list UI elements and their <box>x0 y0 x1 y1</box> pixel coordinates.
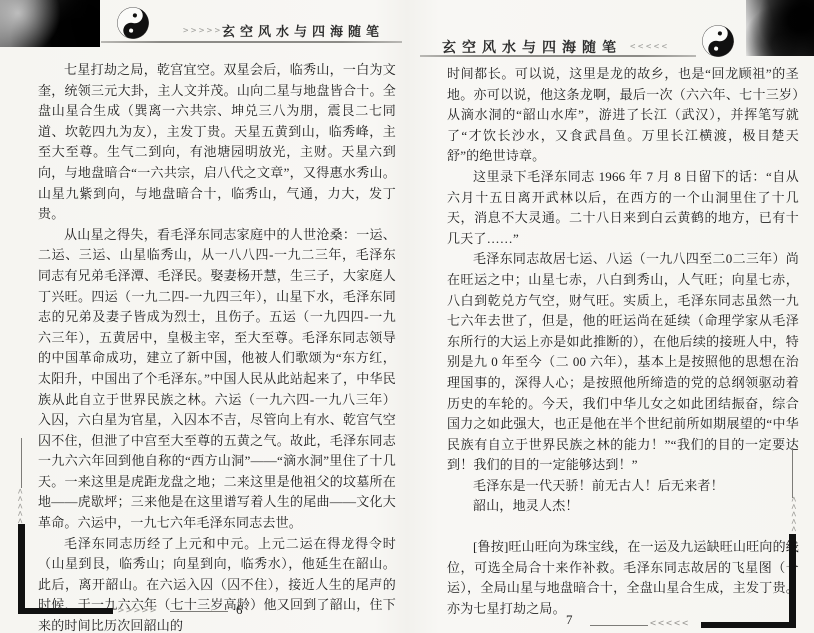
edge-line-left <box>21 438 22 488</box>
corner-photo-left <box>0 0 100 47</box>
paragraph: 这里录下毛泽东同志 1966 年 7 月 8 日留下的话：“自从六月十五日离开武… <box>447 167 799 249</box>
yin-yang-icon <box>112 2 153 43</box>
edge-arrows-right: <<<<< <box>788 496 798 533</box>
page-number-right: 7 <box>566 612 573 628</box>
paragraph: [鲁按]旺山旺向为珠宝线，在一运及九运缺旺山旺向的线位，可选全局合十来作补救。毛… <box>447 537 799 619</box>
corner-bracket-left-horizontal <box>18 608 113 614</box>
header-rule-right <box>420 55 696 57</box>
footer-arrows-right: <<<<< <box>650 618 690 629</box>
paragraph: 从山星之得失，看毛泽东同志家庭中的人世沧桑：一运、二运、三运、山星临秀山，从一八… <box>38 225 396 534</box>
corner-bracket-right-horizontal <box>701 622 796 628</box>
header-arrows-right: <<<<< <box>630 42 670 52</box>
paragraph: 七星打劫之局，乾宫宜空。双星会后，临秀山，一白为文奎，统领三元大卦，主人文并茂。… <box>38 60 396 225</box>
header-arrows-left: >>>>> <box>183 26 223 36</box>
running-title-right: 玄空风水与四海随笔 <box>442 37 622 57</box>
corner-bracket-left-vertical <box>18 524 25 614</box>
footer-line-left <box>170 611 228 612</box>
page-number-left: 6 <box>236 602 243 618</box>
paragraph: 韶山，地灵人杰！ <box>447 496 799 517</box>
footer-line-right <box>590 625 648 626</box>
book-spread: >>>>> 玄空风水与四海随笔 玄空风水与四海随笔 <<<<< 七星打劫之局，乾… <box>0 0 814 633</box>
running-title-left: 玄空风水与四海随笔 <box>222 21 384 40</box>
paragraph: 毛泽东同志历经了上元和中元。上元二运在得龙得令时（山星到艮，临秀山；向星到向，临… <box>38 534 396 633</box>
footer-arrows-left: >>>>> <box>118 605 158 616</box>
corner-photo-right <box>746 0 814 56</box>
paragraph: 毛泽东同志故居七运、八运（一九八四至二0二三年）尚在旺运之中；山星七赤，八白到秀… <box>447 249 799 476</box>
edge-line-right <box>792 448 793 498</box>
right-page-text: 时间都长。可以说，这里是龙的故乡，也是“回龙顾祖”的圣地。亦可以说，他这条龙啊，… <box>447 64 799 619</box>
corner-bracket-right-vertical <box>789 534 796 628</box>
left-page-text: 七星打劫之局，乾宫宜空。双星会后，临秀山，一白为文奎，统领三元大卦，主人文并茂。… <box>38 60 396 633</box>
paragraph: 时间都长。可以说，这里是龙的故乡，也是“回龙顾祖”的圣地。亦可以说，他这条龙啊，… <box>447 64 799 167</box>
edge-arrows-left: >>>>> <box>16 486 26 523</box>
header-rule-left <box>101 41 402 43</box>
yin-yang-icon <box>697 20 738 61</box>
paragraph: 毛泽东是一代天骄！前无古人！后无来者！ <box>447 476 799 497</box>
